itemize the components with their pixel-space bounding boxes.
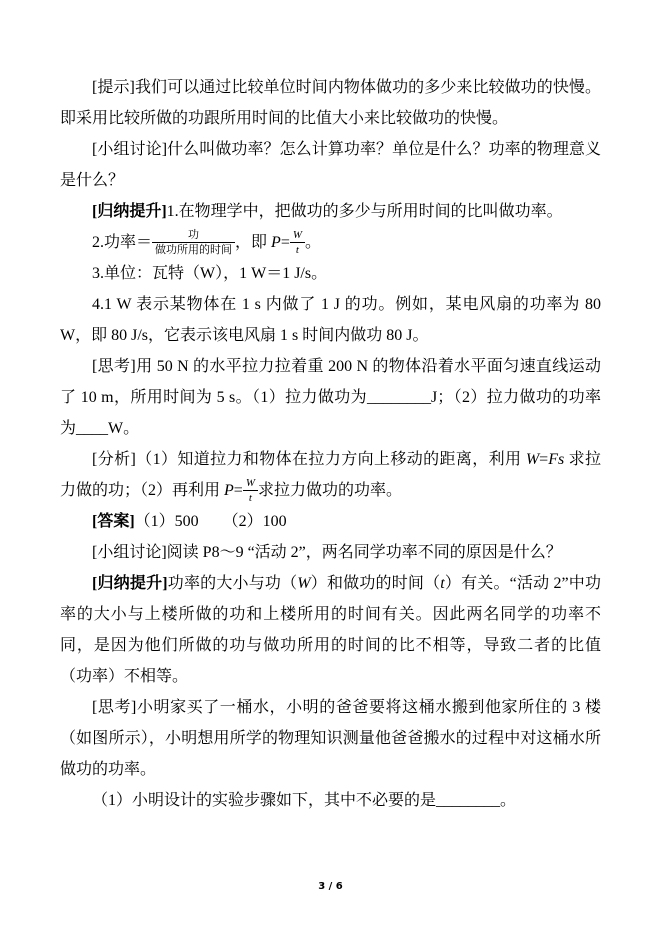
tag-group-discussion: [小组讨论] — [92, 544, 167, 561]
paragraph-experiment-question-text: （1）小明设计的实验步骤如下，其中不必要的是________。 — [92, 792, 516, 809]
paragraph-summary-2: [归纳提升]功率的大小与功（W）和做功的时间（t）有关。“活动 2”中功率的大小… — [60, 568, 601, 692]
fraction-work-over-time: 功做功所用的时间 — [152, 229, 235, 257]
var-P: P — [224, 482, 234, 499]
paragraph-think-1-text: 用 50 N 的水平拉力拉着重 200 N 的物体沿着水平面匀速直线运动了 10… — [60, 358, 601, 437]
var-Fs: Fs — [548, 451, 564, 468]
page-footer: 3 / 6 — [0, 881, 661, 892]
paragraph-group-discussion-2-text: 阅读 P8～9 “活动 2”，两名同学功率不同的原因是什么？ — [167, 544, 562, 561]
formula-mid: ，即 — [235, 234, 271, 251]
paragraph-hint: [提示]我们可以通过比较单位时间内物体做功的多少来比较做功的快慢。即采用比较所做… — [60, 72, 601, 134]
var-t: t — [243, 490, 258, 505]
tag-summary: [归纳提升] — [92, 575, 168, 592]
document-content: [提示]我们可以通过比较单位时间内物体做功的多少来比较做功的快慢。即采用比较所做… — [60, 72, 601, 816]
formula-suffix: 。 — [305, 234, 321, 251]
tag-analysis: [分析] — [92, 451, 136, 468]
paragraph-power-formula: 2.功率＝功做功所用的时间，即 P=Wt。 — [60, 227, 601, 258]
tag-hint: [提示] — [92, 79, 135, 96]
paragraph-think-2: [思考]小明家买了一桶水，小明的爸爸要将这桶水搬到他家所住的 3 楼（如图所示）… — [60, 692, 601, 785]
tag-group-discussion: [小组讨论] — [92, 141, 167, 158]
tag-think: [思考] — [92, 699, 136, 716]
summary-2-seg-2: ）和做功的时间（ — [311, 575, 441, 592]
formula-prefix: 2.功率＝ — [92, 234, 152, 251]
equals-sign: = — [281, 234, 290, 251]
paragraph-hint-text: 我们可以通过比较单位时间内物体做功的多少来比较做功的快慢。即采用比较所做的功跟所… — [60, 79, 601, 127]
paragraph-think-1: [思考]用 50 N 的水平拉力拉着重 200 N 的物体沿着水平面匀速直线运动… — [60, 351, 601, 444]
fraction-numerator: 功 — [152, 229, 235, 242]
equals-sign: = — [539, 451, 548, 468]
document-page: [提示]我们可以通过比较单位时间内物体做功的多少来比较做功的快慢。即采用比较所做… — [0, 0, 661, 935]
var-W: W — [297, 575, 310, 592]
tag-think: [思考] — [92, 358, 136, 375]
paragraph-summary-1-text: 1.在物理学中，把做功的多少与所用时间的比叫做功率。 — [167, 203, 563, 220]
summary-2-seg-1: 功率的大小与功（ — [168, 575, 298, 592]
fraction-denominator: 做功所用的时间 — [152, 242, 235, 257]
tag-summary: [归纳提升] — [92, 203, 167, 220]
paragraph-experiment-question: （1）小明设计的实验步骤如下，其中不必要的是________。 — [60, 785, 601, 816]
var-t: t — [290, 242, 305, 257]
paragraph-think-2-text: 小明家买了一桶水，小明的爸爸要将这桶水搬到他家所住的 3 楼（如图所示），小明想… — [60, 699, 601, 778]
paragraph-watt-meaning: 4.1 W 表示某物体在 1 s 内做了 1 J 的功。例如，某电风扇的功率为 … — [60, 289, 601, 351]
var-P: P — [271, 234, 281, 251]
var-W: W — [290, 229, 305, 242]
paragraph-watt-meaning-text: 4.1 W 表示某物体在 1 s 内做了 1 J 的功。例如，某电风扇的功率为 … — [60, 296, 601, 344]
equals-sign: = — [234, 482, 243, 499]
var-W: W — [243, 477, 258, 490]
tag-answer: [答案] — [92, 513, 135, 530]
paragraph-group-discussion-1: [小组讨论]什么叫做功率？怎么计算功率？单位是什么？功率的物理意义是什么？ — [60, 134, 601, 196]
analysis-seg-1: （1）知道拉力和物体在拉力方向上移动的距离，利用 — [136, 451, 526, 468]
paragraph-unit-text: 3.单位：瓦特（W），1 W＝1 J/s。 — [92, 265, 327, 282]
page-indicator: 3 / 6 — [318, 881, 343, 892]
fraction-W-over-t: Wt — [290, 229, 305, 257]
var-W: W — [526, 451, 539, 468]
paragraph-answer-text: （1）500 （2）100 — [135, 513, 287, 530]
paragraph-answer: [答案]（1）500 （2）100 — [60, 506, 601, 537]
paragraph-summary-1: [归纳提升]1.在物理学中，把做功的多少与所用时间的比叫做功率。 — [60, 196, 601, 227]
analysis-seg-3: 求拉力做功的功率。 — [258, 482, 402, 499]
paragraph-group-discussion-2: [小组讨论]阅读 P8～9 “活动 2”，两名同学功率不同的原因是什么？ — [60, 537, 601, 568]
paragraph-analysis: [分析]（1）知道拉力和物体在拉力方向上移动的距离，利用 W=Fs 求拉力做的功… — [60, 444, 601, 506]
paragraph-unit: 3.单位：瓦特（W），1 W＝1 J/s。 — [60, 258, 601, 289]
fraction-W-over-t: Wt — [243, 477, 258, 505]
